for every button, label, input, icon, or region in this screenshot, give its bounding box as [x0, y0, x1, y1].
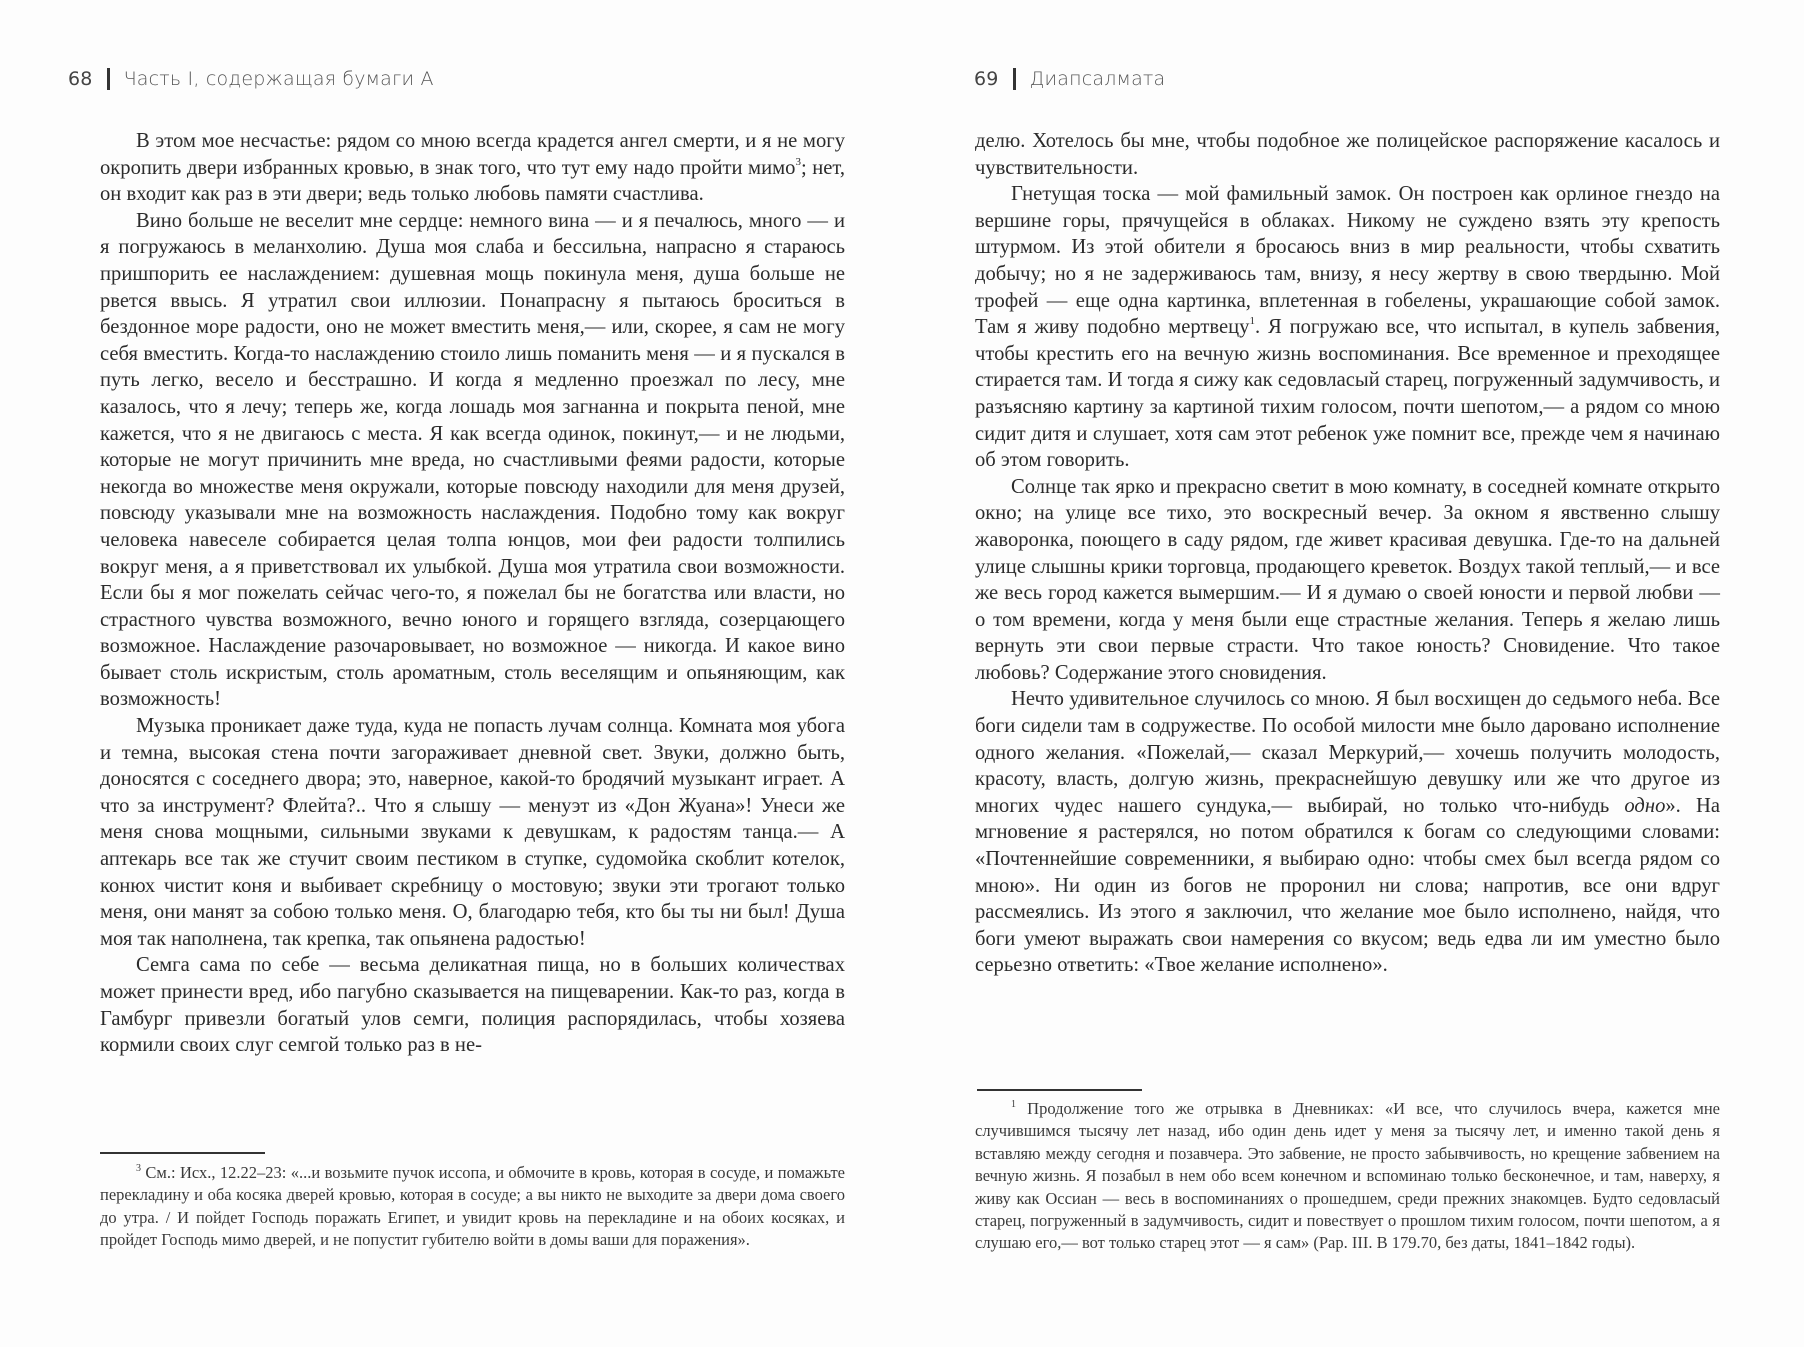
footnote-right: 1 Продолжение того же отрывка в Дневника… — [975, 1098, 1720, 1255]
paragraph-text: Гнетущая тоска — мой фамильный замок. Он… — [975, 183, 1720, 338]
footnote-divider — [977, 1089, 1142, 1091]
page-number: 69 — [974, 68, 999, 90]
body-text-right: делю. Хотелось бы мне, чтобы подобное же… — [975, 128, 1720, 979]
running-head-right: 69 Диапсалмата — [974, 68, 1165, 90]
left-page: 68 Часть I, содержащая бумаги А В этом м… — [0, 0, 902, 1347]
emphasis: одно — [1624, 795, 1665, 817]
running-title: Диапсалмата — [1030, 68, 1166, 90]
paragraph: Нечто удивительное случилось со мною. Я … — [975, 686, 1720, 979]
footnote-divider — [100, 1152, 265, 1154]
footnote-text: См.: Исх., 12.22–23: «...и возьмите пучо… — [100, 1163, 845, 1249]
paragraph: Солнце так ярко и прекрасно светит в мою… — [975, 474, 1720, 687]
paragraph: Музыка проникает даже туда, куда не попа… — [100, 713, 845, 952]
footnote-paragraph: 3 См.: Исх., 12.22–23: «...и возьмите пу… — [100, 1162, 845, 1252]
footnote-text: Продолжение того же отрывка в Дневниках:… — [975, 1099, 1720, 1252]
paragraph-text: . Я погружаю все, что испытал, в купель … — [975, 316, 1720, 471]
paragraph-text: ». На мгновение я растерялся, но потом о… — [975, 795, 1720, 977]
paragraph: В этом мое несчастье: рядом со мною всег… — [100, 128, 845, 208]
body-text-left: В этом мое несчастье: рядом со мною всег… — [100, 128, 845, 1059]
paragraph: Семга сама по себе — весьма деликатная п… — [100, 952, 845, 1058]
footnote-left: 3 См.: Исх., 12.22–23: «...и возьмите пу… — [100, 1162, 845, 1252]
header-divider — [1013, 68, 1016, 90]
paragraph-continued: делю. Хотелось бы мне, чтобы подобное же… — [975, 128, 1720, 181]
right-page: 69 Диапсалмата делю. Хотелось бы мне, чт… — [902, 0, 1804, 1347]
running-title: Часть I, содержащая бумаги А — [124, 68, 434, 90]
header-divider — [107, 68, 110, 90]
running-head-left: 68 Часть I, содержащая бумаги А — [68, 68, 434, 90]
paragraph: Вино больше не веселит мне сердце: немно… — [100, 208, 845, 713]
paragraph-text: В этом мое несчастье: рядом со мною всег… — [100, 130, 845, 179]
footnote-paragraph: 1 Продолжение того же отрывка в Дневника… — [975, 1098, 1720, 1255]
paragraph-text: Нечто удивительное случилось со мною. Я … — [975, 688, 1720, 816]
paragraph: Гнетущая тоска — мой фамильный замок. Он… — [975, 181, 1720, 474]
page-number: 68 — [68, 68, 93, 90]
